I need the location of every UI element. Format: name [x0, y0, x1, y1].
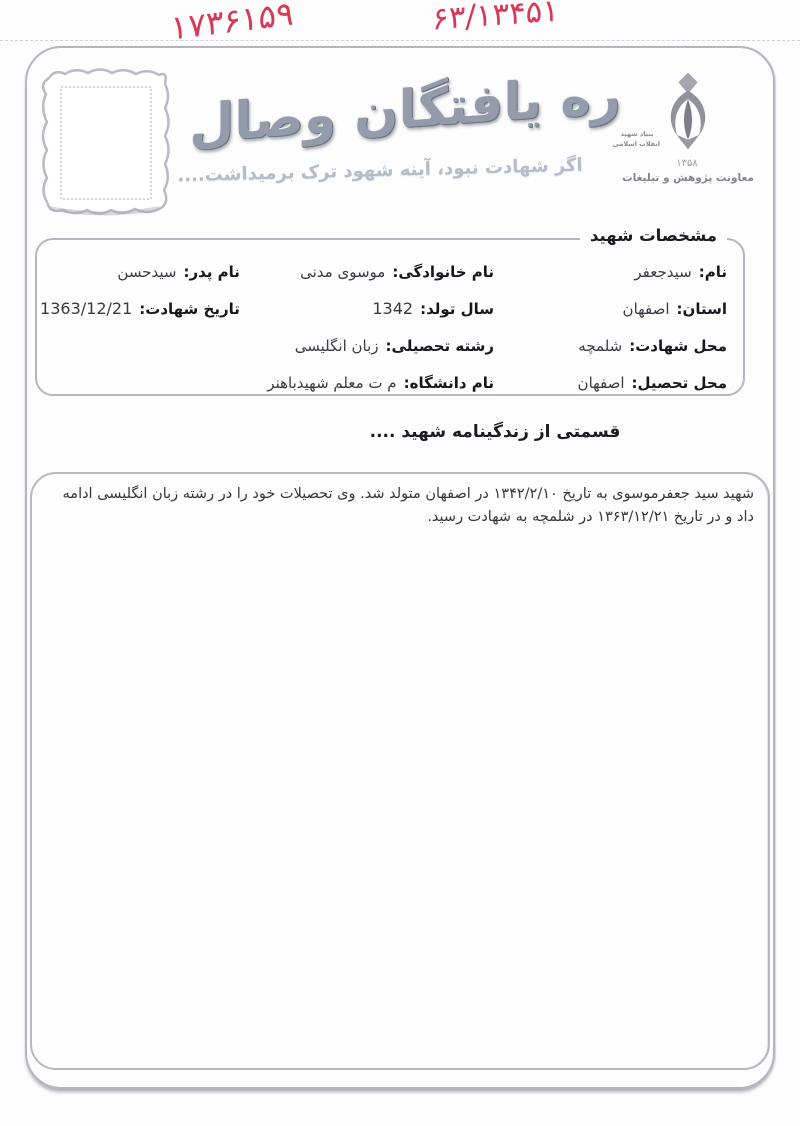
field-province: استان: اصفهان	[510, 291, 743, 326]
foundation-year: ۱۳۵۸	[642, 158, 732, 169]
field-father-name: نام پدر: سیدحسن	[37, 254, 256, 289]
field-value: اصفهان	[578, 374, 625, 392]
field-label: تاریخ شهادت:	[139, 300, 240, 318]
field-label: سال تولد:	[420, 300, 494, 318]
martyr-details-box: مشخصات شهید نام: سیدجعفر نام خانوادگی: م…	[35, 238, 745, 396]
wavy-frame-icon	[33, 60, 179, 222]
field-value: اصفهان	[623, 300, 670, 318]
field-value: موسوی مدنی	[300, 263, 385, 281]
field-label: رشته تحصیلی:	[386, 337, 494, 355]
field-value: سیدجعفر	[634, 263, 691, 281]
field-birth-year: سال تولد: 1342	[256, 291, 510, 326]
biography-heading: قسمتی از زندگینامه شهید ....	[190, 422, 800, 442]
field-value: م ت معلم شهیدباهنر	[267, 374, 396, 392]
foundation-name: بنیاد شهید انقلاب اسلامی	[614, 130, 660, 150]
handwritten-archive-number-right: ۶۳/۱۳۴۵۱	[432, 0, 559, 37]
foundation-name-line1: بنیاد شهید	[614, 130, 660, 140]
field-label: محل تحصیل:	[632, 374, 727, 392]
details-grid: نام: سیدجعفر نام خانوادگی: موسوی مدنی نا…	[37, 240, 743, 400]
field-value: 1363/12/21	[40, 299, 132, 318]
field-surname: نام خانوادگی: موسوی مدنی	[256, 254, 510, 289]
field-university: نام دانشگاه: م ت معلم شهیدباهنر	[37, 365, 510, 400]
field-value: شلمچه	[578, 337, 622, 355]
field-value: زبان انگلیسی	[295, 337, 379, 355]
field-martyrdom-place: محل شهادت: شلمچه	[510, 328, 743, 363]
field-label: نام پدر:	[183, 263, 239, 281]
field-martyrdom-date: تاریخ شهادت: 1363/12/21	[37, 291, 256, 326]
tulip-emblem-icon	[656, 66, 720, 156]
field-study-major: رشته تحصیلی: زبان انگلیسی	[37, 328, 510, 363]
field-value: سیدحسن	[117, 263, 176, 281]
field-label: استان:	[677, 300, 727, 318]
scan-edge-line	[0, 40, 800, 41]
biography-box: شهید سید جعفرموسوی به تاریخ ۱۳۴۲/۲/۱۰ در…	[30, 472, 770, 1070]
foundation-department: معاونت پژوهش و تبلیغات	[612, 172, 764, 184]
field-value: 1342	[372, 299, 413, 318]
field-label: نام خانوادگی:	[392, 263, 494, 281]
field-name: نام: سیدجعفر	[510, 254, 743, 289]
details-legend: مشخصات شهید	[580, 226, 727, 245]
foundation-name-line2: انقلاب اسلامی	[614, 140, 660, 150]
field-study-place: محل تحصیل: اصفهان	[510, 365, 743, 400]
foundation-logo: بنیاد شهید انقلاب اسلامی ۱۳۵۸ معاونت پژو…	[612, 64, 764, 196]
scanned-martyr-form: ۱۷۳۶۱۵۹ ۶۳/۱۳۴۵۱ ره یافتگان وصال اگر شها…	[0, 0, 800, 1126]
field-label: نام دانشگاه:	[404, 374, 494, 392]
field-label: محل شهادت:	[629, 337, 727, 355]
photo-frame-icon	[33, 60, 179, 222]
field-label: نام:	[699, 263, 727, 281]
biography-text: شهید سید جعفرموسوی به تاریخ ۱۳۴۲/۲/۱۰ در…	[32, 474, 768, 530]
